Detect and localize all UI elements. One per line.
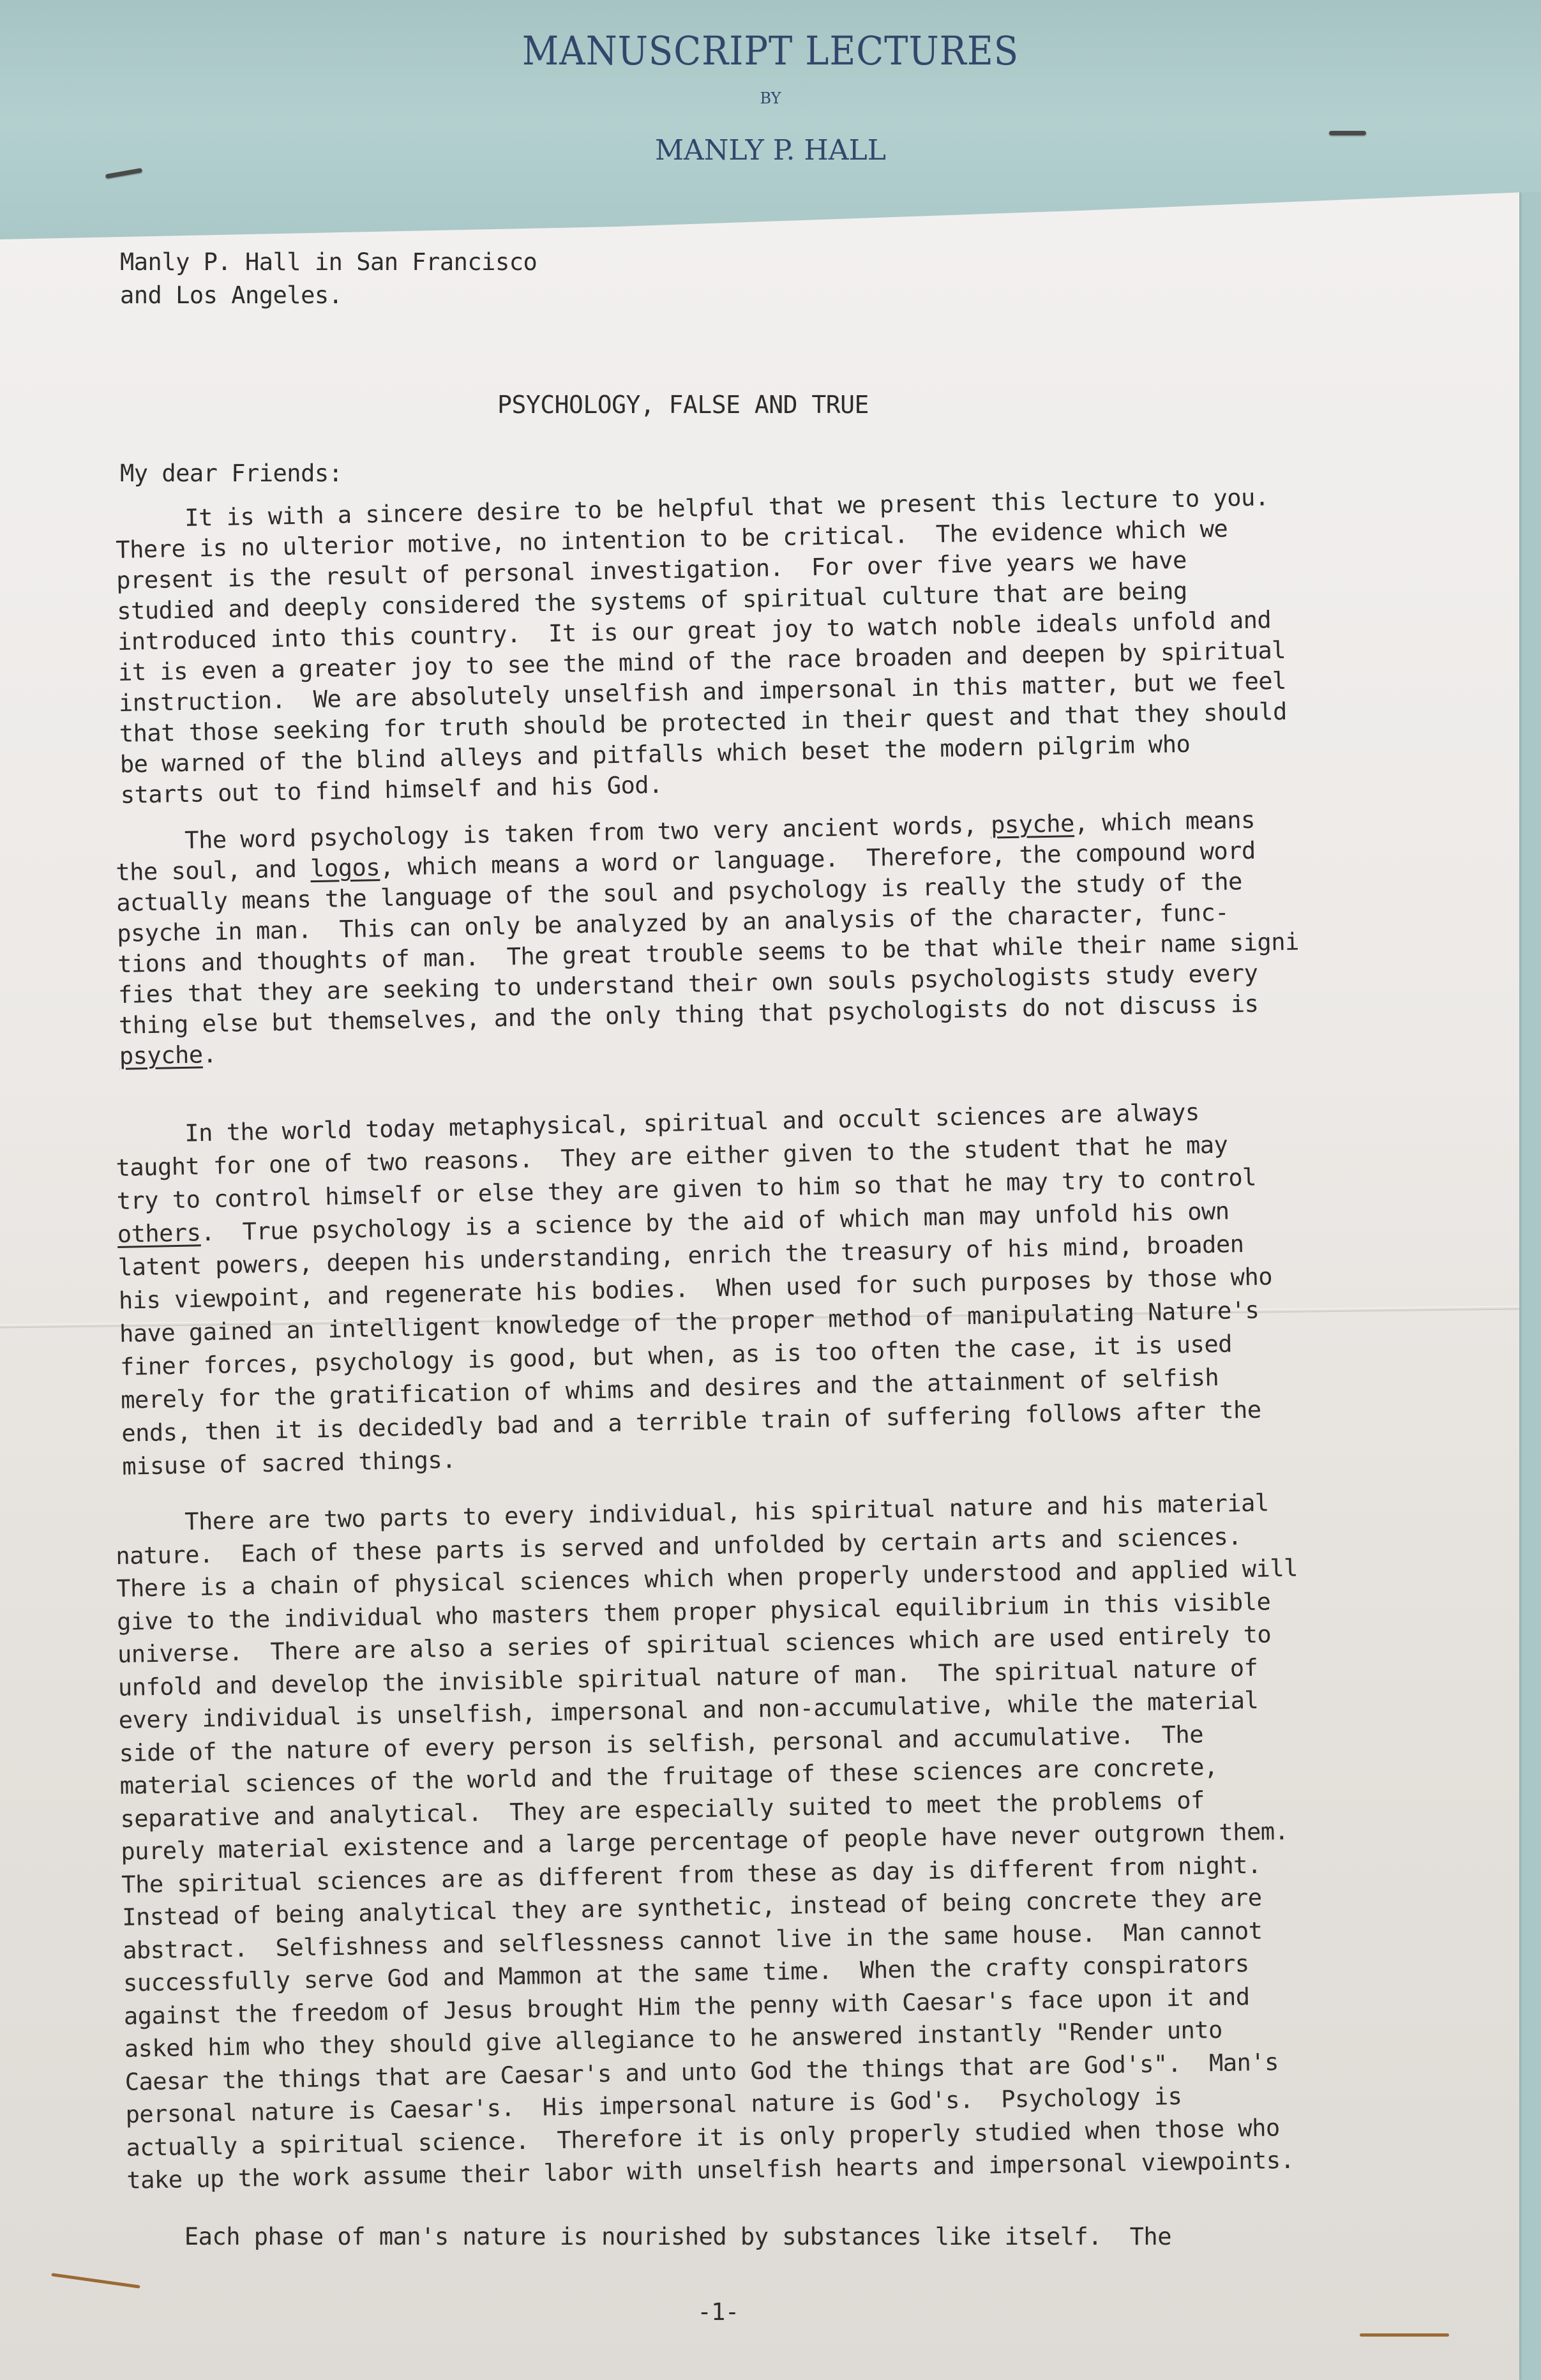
header-line: and Los Angeles. (120, 279, 537, 312)
header-lines: Manly P. Hall in San Francisco and Los A… (120, 246, 537, 312)
staple-icon (105, 168, 142, 179)
text-line: Each phase of man's nature is nourished … (115, 2222, 1443, 2252)
paragraph: It is with a sincere desire to be helpfu… (115, 479, 1448, 811)
rust-stain (1360, 2333, 1449, 2337)
cover-by: BY (0, 89, 1541, 107)
paragraph: In the world today metaphysical, spiritu… (115, 1090, 1450, 1483)
staple-icon (1329, 131, 1366, 135)
page-number: -1- (0, 2298, 1436, 2326)
document-title: PSYCHOLOGY, FALSE AND TRUE (0, 391, 1366, 419)
cover-author: MANLY P. HALL (0, 134, 1541, 167)
paragraph: There are two parts to every individual,… (115, 1484, 1455, 2197)
header-line: Manly P. Hall in San Francisco (120, 246, 537, 279)
paragraph: Each phase of man's nature is nourished … (115, 2222, 1443, 2252)
paragraph: The word psychology is taken from two ve… (115, 801, 1447, 1072)
salutation: My dear Friends: (120, 460, 342, 487)
cover-title: MANUSCRIPT LECTURES (0, 29, 1541, 75)
